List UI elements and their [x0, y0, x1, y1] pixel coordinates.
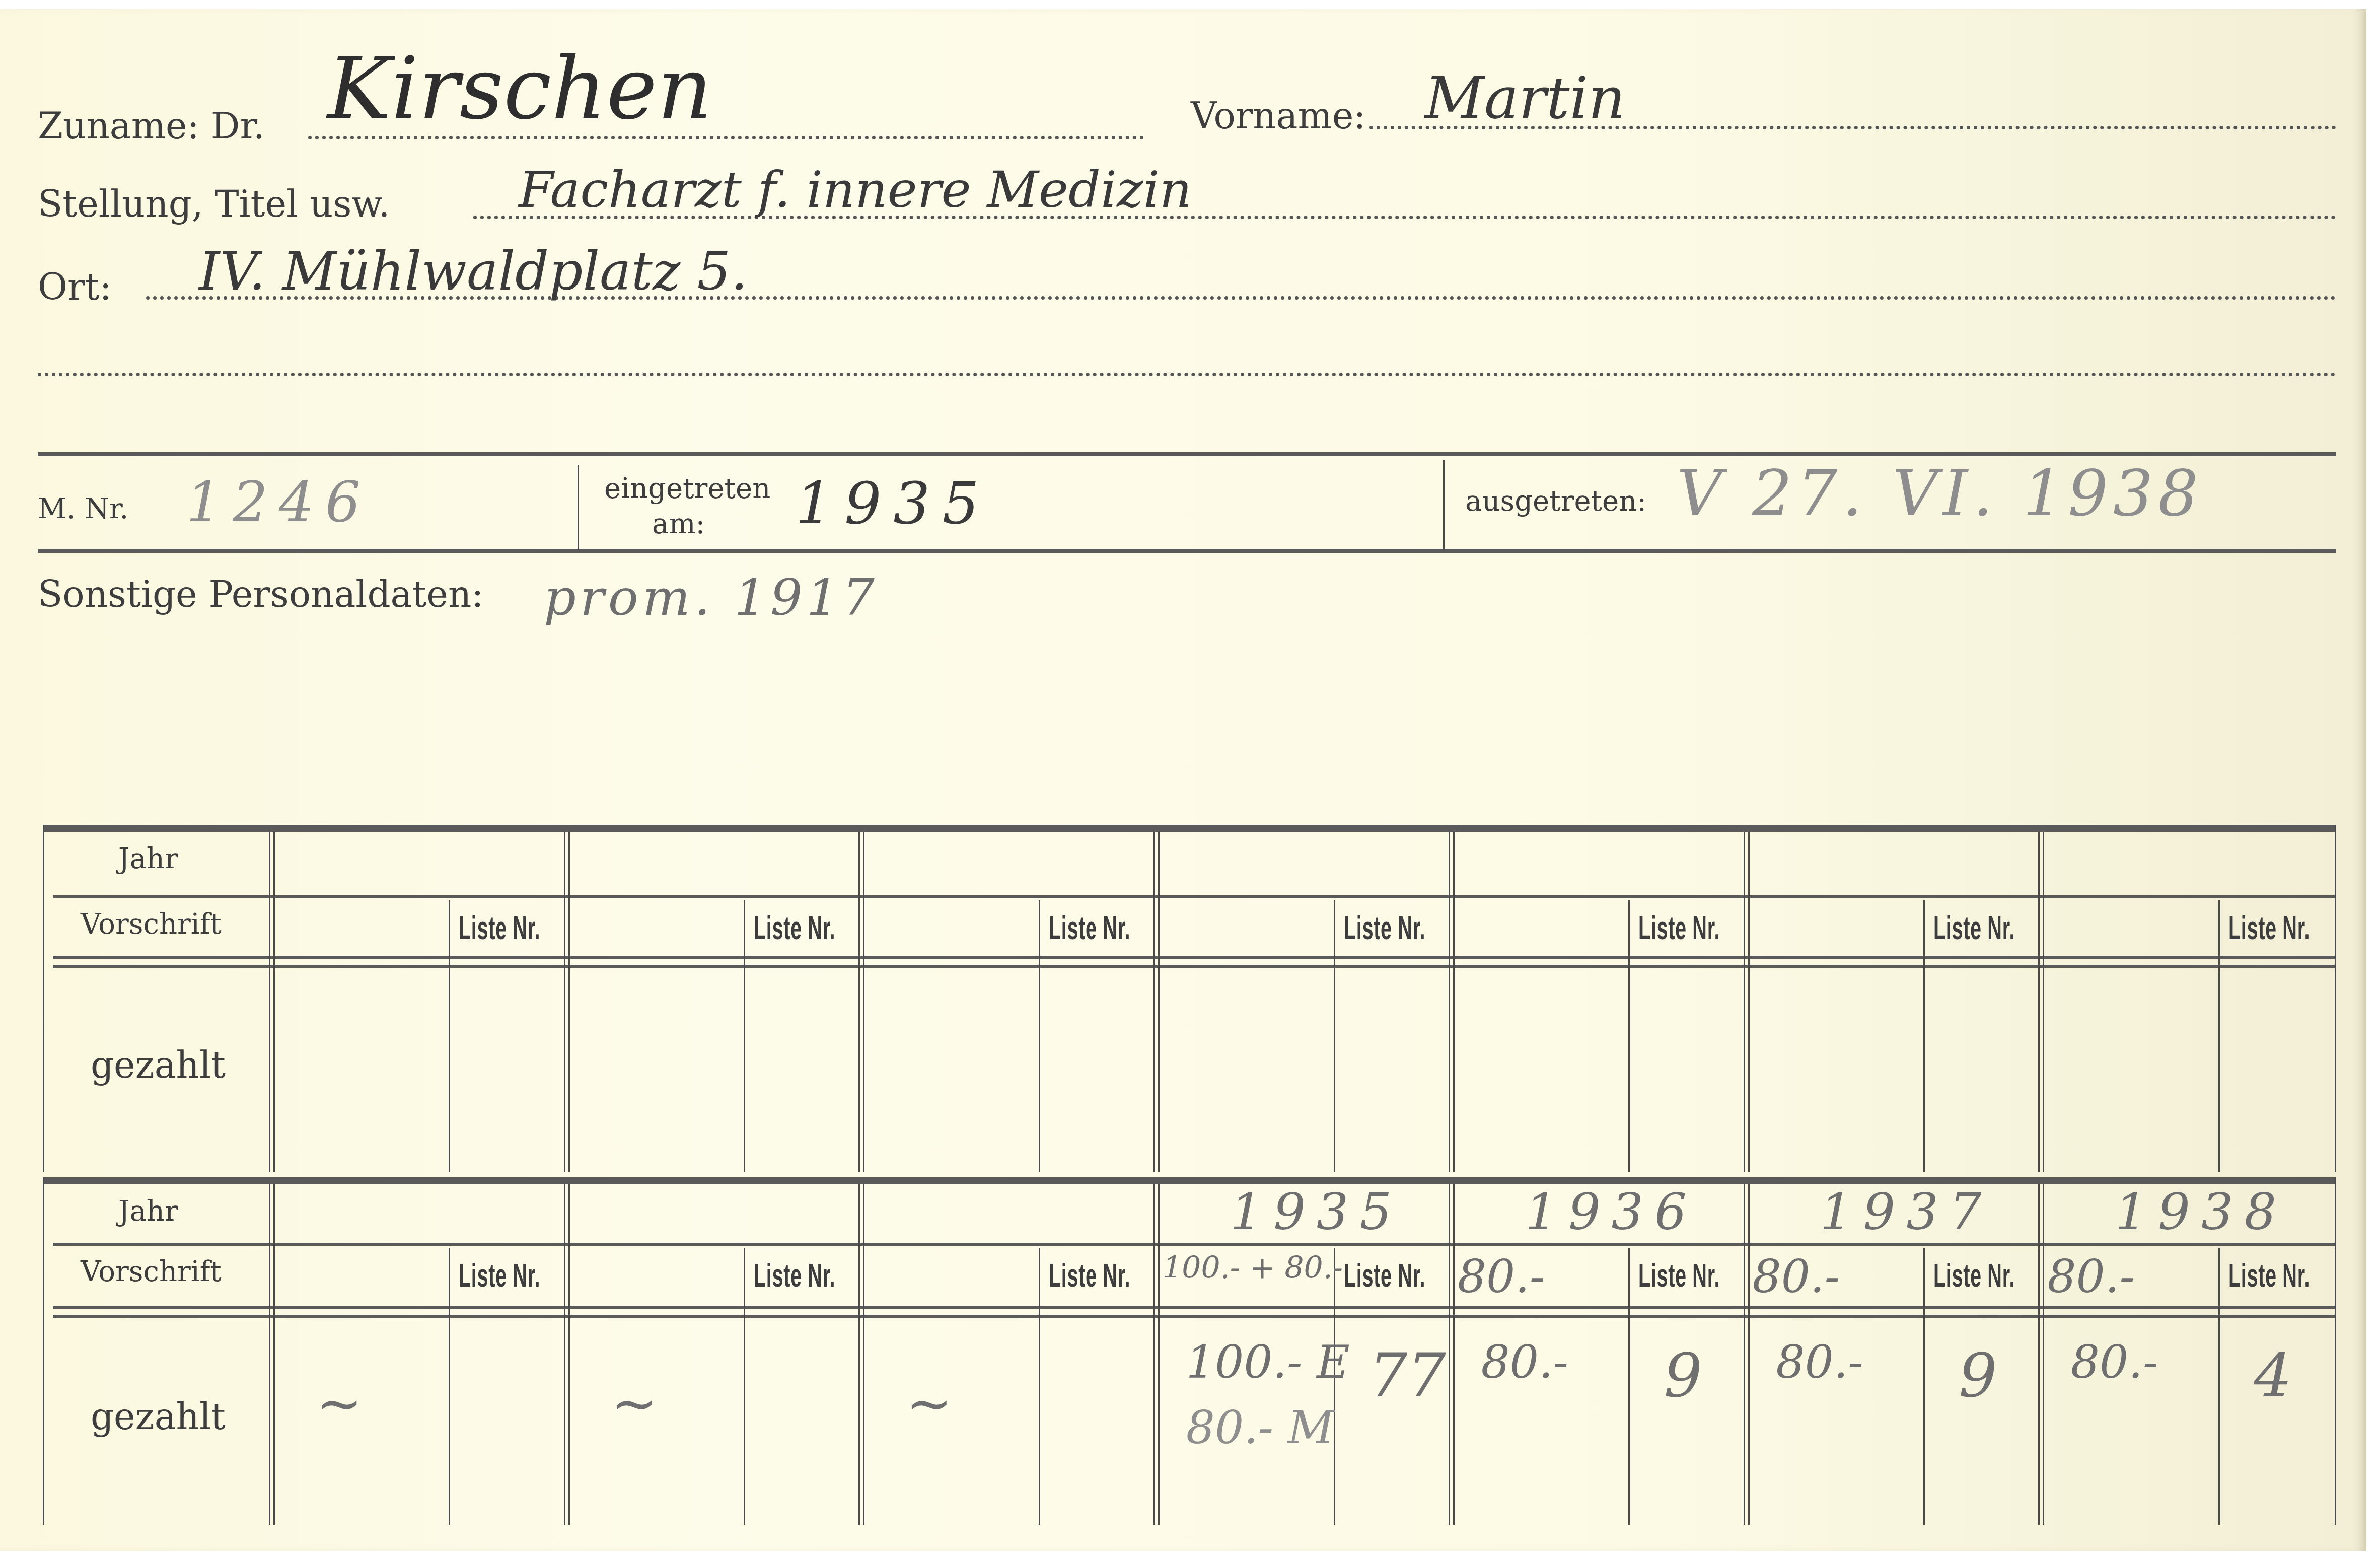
ort-value: IV. Mühlwaldplatz 5.	[199, 241, 748, 302]
lower-column-divider	[1153, 1184, 1160, 1525]
lower-gezahlt-value-2: 80.- M	[1186, 1401, 1334, 1454]
upper-subcolumn-divider	[2218, 900, 2220, 1172]
lower-vorschrift-value: 80.-	[1753, 1250, 1840, 1303]
upper-liste-nr-label: Liste Nr.	[1933, 909, 2015, 947]
upper-table-left-border	[43, 825, 44, 1172]
upper-gezahlt-label: gezahlt	[91, 1044, 226, 1086]
sonstige-label: Sonstige Personaldaten:	[38, 573, 484, 615]
lower-vorschrift-label: Vorschrift	[81, 1255, 222, 1288]
upper-liste-nr-label: Liste Nr.	[459, 909, 540, 947]
lower-liste-nr-label: Liste Nr.	[1933, 1257, 2015, 1294]
lower-vorschrift-separator-b	[53, 1315, 2336, 1318]
upper-subcolumn-divider	[1039, 900, 1040, 1172]
upper-liste-nr-label: Liste Nr.	[754, 909, 835, 947]
lower-gezahlt-value: 100.- E	[1186, 1336, 1350, 1389]
upper-column-divider	[1744, 832, 1750, 1172]
lower-liste-nr-label: Liste Nr.	[1344, 1257, 1425, 1294]
ausgetreten-label: ausgetreten:	[1465, 485, 1646, 518]
membership-top-rule	[38, 452, 2336, 456]
mnr-label: M. Nr.	[38, 492, 128, 525]
lower-vorschrift-value: 80.-	[2047, 1250, 2135, 1303]
lower-vorschrift-value: 100.- + 80.-	[1163, 1250, 1343, 1286]
lower-liste-value: 77	[1369, 1341, 1446, 1411]
vorname-label: Vorname:	[1191, 95, 1366, 137]
zuname-label: Zuname: Dr.	[38, 105, 265, 147]
lower-year-value: 1935	[1231, 1182, 1403, 1241]
upper-column-divider	[2038, 832, 2044, 1172]
stellung-value: Facharzt f. innere Medizin	[519, 160, 1192, 219]
membership-divider-1	[578, 465, 579, 550]
upper-jahr-label: Jahr	[118, 842, 178, 875]
upper-liste-nr-label: Liste Nr.	[1638, 909, 1720, 947]
upper-liste-nr-label: Liste Nr.	[2228, 909, 2310, 947]
mnr-value: 1246	[186, 470, 372, 534]
lower-column-divider	[269, 1184, 275, 1525]
upper-subcolumn-divider	[1334, 900, 1335, 1172]
upper-subcolumn-divider	[1628, 900, 1630, 1172]
membership-divider-2	[1443, 460, 1445, 550]
upper-jahr-separator	[53, 895, 2336, 898]
sonstige-value: prom. 1917	[544, 568, 879, 627]
upper-vorschrift-separator-b	[53, 965, 2336, 968]
stellung-label: Stellung, Titel usw.	[38, 183, 390, 225]
eingetreten-label: eingetreten	[604, 472, 770, 505]
lower-subcolumn-divider	[1923, 1248, 1925, 1525]
lower-jahr-label: Jahr	[118, 1195, 178, 1228]
lower-gezahlt-value: 80.-	[2071, 1336, 2158, 1389]
lower-year-value: 1938	[2115, 1182, 2288, 1241]
lower-subcolumn-divider	[1039, 1248, 1040, 1525]
lower-liste-nr-label: Liste Nr.	[459, 1257, 540, 1294]
eingetreten-value: 1935	[796, 470, 991, 537]
vorname-value: Martin	[1425, 64, 1625, 132]
lower-liste-nr-label: Liste Nr.	[754, 1257, 835, 1294]
lower-table-right-border	[2335, 1177, 2336, 1525]
lower-gezahlt-label: gezahlt	[91, 1395, 226, 1438]
upper-column-divider	[858, 832, 864, 1172]
lower-liste-nr-label: Liste Nr.	[1049, 1257, 1130, 1294]
lower-liste-value: 9	[1959, 1341, 1997, 1411]
lower-subcolumn-divider	[449, 1248, 450, 1525]
lower-jahr-separator	[53, 1243, 2336, 1246]
lower-column-divider	[2038, 1184, 2044, 1525]
upper-subcolumn-divider	[1923, 900, 1925, 1172]
lower-year-value: 1936	[1525, 1182, 1698, 1241]
blank-dotted-line	[38, 373, 2336, 376]
lower-gezahlt-value: 80.-	[1481, 1336, 1568, 1389]
upper-vorschrift-separator-a	[53, 956, 2336, 959]
upper-column-divider	[564, 832, 570, 1172]
upper-liste-nr-label: Liste Nr.	[1049, 909, 1130, 947]
lower-column-divider	[1449, 1184, 1455, 1525]
upper-table-right-border	[2335, 825, 2336, 1172]
ausgetreten-value: V 27. VI. 1938	[1677, 457, 2203, 530]
upper-liste-nr-label: Liste Nr.	[1344, 909, 1425, 947]
lower-column-divider	[564, 1184, 570, 1525]
upper-column-divider	[269, 832, 275, 1172]
lower-table-left-border	[43, 1177, 44, 1525]
lower-subcolumn-divider	[744, 1248, 745, 1525]
lower-column-divider	[1744, 1184, 1750, 1525]
upper-subcolumn-divider	[744, 900, 745, 1172]
upper-vorschrift-label: Vorschrift	[81, 908, 222, 941]
upper-column-divider	[1449, 832, 1455, 1172]
upper-table-top-rule	[43, 825, 2336, 832]
upper-subcolumn-divider	[449, 900, 450, 1172]
lower-year-value: 1937	[1820, 1182, 1993, 1241]
ort-label: Ort:	[38, 266, 112, 308]
lower-gezahlt-value: ~	[316, 1371, 363, 1436]
eingetreten-am-label: am:	[652, 508, 705, 540]
lower-vorschrift-value: 80.-	[1458, 1250, 1545, 1303]
membership-index-card: Zuname: Dr. Kirschen Vorname: Martin Ste…	[0, 9, 2366, 1551]
lower-vorschrift-separator-a	[53, 1306, 2336, 1309]
upper-column-divider	[1153, 832, 1160, 1172]
lower-liste-nr-label: Liste Nr.	[1638, 1257, 1720, 1294]
lower-liste-value: 9	[1664, 1341, 1702, 1411]
zuname-value: Kirschen	[327, 39, 712, 139]
lower-liste-value: 4	[2254, 1341, 2292, 1411]
lower-gezahlt-value: 80.-	[1776, 1336, 1863, 1389]
lower-liste-nr-label: Liste Nr.	[2228, 1257, 2310, 1294]
lower-subcolumn-divider	[2218, 1248, 2220, 1525]
lower-column-divider	[858, 1184, 864, 1525]
membership-bottom-rule	[38, 549, 2336, 553]
lower-gezahlt-value: ~	[611, 1371, 658, 1436]
lower-subcolumn-divider	[1628, 1248, 1630, 1525]
lower-gezahlt-value: ~	[906, 1371, 952, 1436]
